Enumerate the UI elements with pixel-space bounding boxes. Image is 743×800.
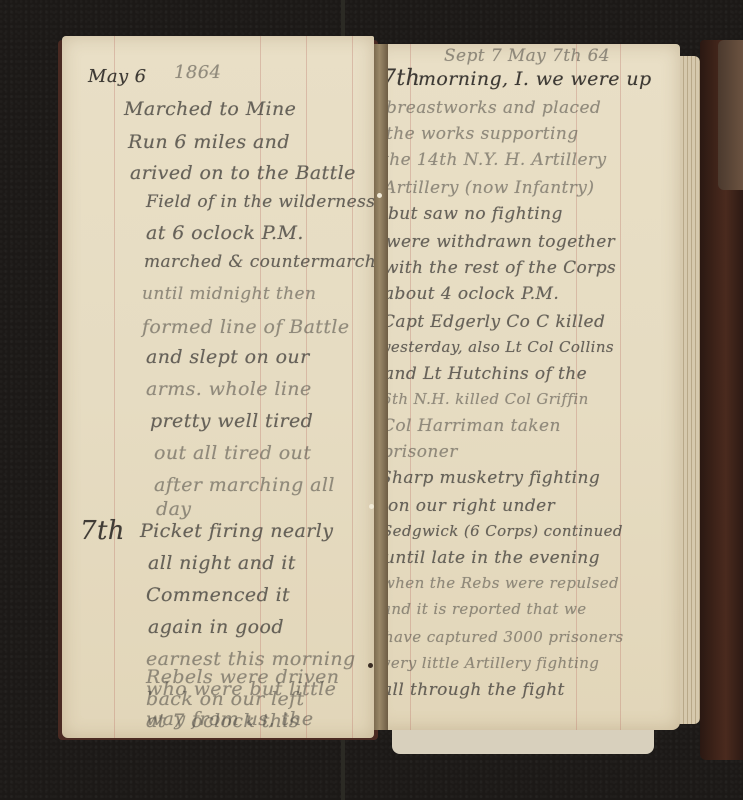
text-line: all through the fight: [382, 680, 565, 700]
text-line: morning, I. we were up: [418, 68, 652, 90]
text-line: the works supporting: [386, 124, 579, 144]
text-line: and slept on our: [146, 346, 310, 368]
right-page: Sept 7 May 7th 64 7th morning, I. we wer…: [374, 44, 680, 730]
text-line: arived on to the Battle: [130, 162, 356, 184]
binding-stitch: [369, 504, 374, 509]
text-line: when the Rebs were repulsed: [382, 574, 619, 592]
text-line: until midnight then: [142, 284, 316, 304]
text-line: Marched to Mine: [124, 98, 296, 120]
text-line: at 7 oclock this: [146, 710, 299, 732]
text-line: on our right under: [388, 496, 555, 516]
text-line: pretty well tired: [150, 410, 313, 432]
binding-stitch: [377, 193, 382, 198]
column-rule: [352, 36, 353, 738]
text-line: day: [156, 498, 191, 520]
text-line: Artillery (now Infantry): [384, 178, 594, 198]
text-line: and it is reported that we: [382, 600, 587, 618]
text-line: formed line of Battle: [142, 316, 349, 338]
text-line: yesterday, also Lt Col Collins: [382, 338, 614, 356]
text-line: all night and it: [148, 552, 296, 574]
text-line: and Lt Hutchins of the: [384, 364, 587, 384]
text-line: prisoner: [382, 442, 458, 462]
text-line: Picket firing nearly: [140, 520, 333, 542]
text-line: about 4 oclock P.M.: [384, 284, 559, 304]
margin-rule: [114, 36, 115, 738]
left-page: May 6 1864 Marched to Mine Run 6 miles a…: [62, 36, 374, 738]
entry-date: May 6: [88, 66, 147, 87]
text-line: have captured 3000 prisoners: [384, 628, 624, 646]
page-header-date: Sept 7 May 7th 64: [444, 46, 610, 66]
text-line: until late in the evening: [384, 548, 600, 568]
text-line: Col Harriman taken: [382, 416, 561, 436]
text-line: 6th N.H. killed Col Griffin: [382, 390, 589, 408]
text-line: Rebels were driven: [146, 666, 339, 688]
book-gutter: [374, 44, 388, 730]
text-line: very little Artillery fighting: [382, 654, 599, 672]
text-line: back on our left: [146, 688, 305, 710]
text-line: arms. whole line: [146, 378, 312, 400]
binding-stitch: [368, 663, 373, 668]
text-line: Capt Edgerly Co C killed: [382, 312, 605, 332]
text-line: were withdrawn together: [386, 232, 615, 252]
text-line: out all tired out: [154, 442, 311, 464]
entry-year: 1864: [174, 62, 221, 83]
text-line: after marching all: [154, 474, 335, 496]
text-line: marched & countermarched: [144, 252, 398, 272]
text-line: breastworks and placed: [386, 98, 601, 118]
text-line: the 14th N.Y. H. Artillery: [382, 150, 606, 170]
entry-marker: 7th: [80, 516, 125, 546]
text-line: Commenced it: [146, 584, 290, 606]
text-line: Run 6 miles and: [128, 131, 290, 153]
text-line: again in good: [148, 616, 284, 638]
text-line: Field of in the wilderness: [146, 192, 375, 212]
text-line: Sedgwick (6 Corps) continued: [382, 522, 623, 540]
cover-clasp: [718, 40, 743, 190]
text-line: with the rest of the Corps: [384, 258, 616, 278]
text-line: Sharp musketry fighting: [380, 468, 600, 488]
text-line: but saw no fighting: [388, 204, 563, 224]
text-line: at 6 oclock P.M.: [146, 222, 304, 244]
